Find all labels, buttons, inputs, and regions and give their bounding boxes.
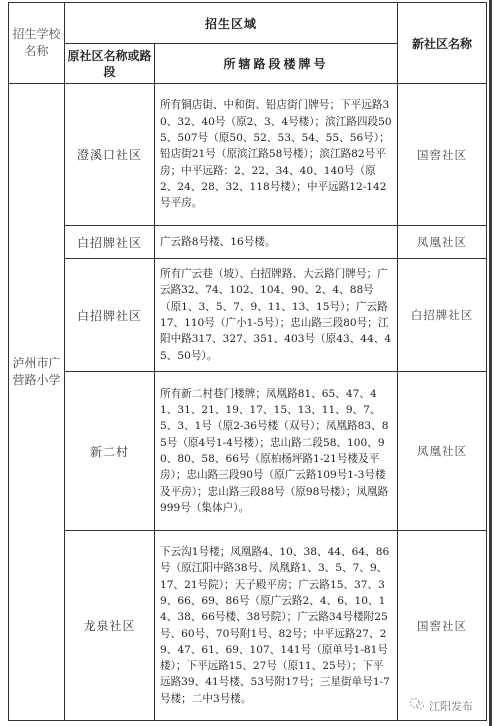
addresses-cell: 所有新二村巷门楼牌；凤凰路81、65、47、41、31、21、19、17、15、… <box>155 372 398 531</box>
header-enrollment-zone: 招生区域 <box>65 3 398 44</box>
header-addresses: 所辖路段楼牌号 <box>155 44 398 84</box>
header-original-community: 原社区名称或路段 <box>65 44 155 84</box>
new-community-cell: 凤凰社区 <box>398 226 487 259</box>
watermark-text: 江阳发布 <box>429 698 473 714</box>
original-community-cell: 澄溪口社区 <box>65 84 155 226</box>
table-row: 新二村 所有新二村巷门楼牌；凤凰路81、65、47、41、31、21、19、17… <box>9 372 487 531</box>
wechat-logo-icon <box>408 697 426 714</box>
header-new-community: 新社区名称 <box>398 3 487 84</box>
new-community-cell: 国窖社区 <box>398 531 487 721</box>
new-community-cell: 凤凰社区 <box>398 372 487 531</box>
table-row: 白招牌社区 广云路8号楼、16号楼。 凤凰社区 <box>9 226 487 259</box>
original-community-cell: 白招牌社区 <box>65 259 155 372</box>
header-school-name: 招生学校名称 <box>9 3 65 84</box>
page-edge-rail <box>489 0 492 726</box>
addresses-cell: 下云沟1号楼；凤凰路4、10、38、44、64、86号（原江阳中路38号、凤凰路… <box>155 531 398 721</box>
new-community-cell: 白招牌社区 <box>398 259 487 372</box>
watermark: 江阳发布 <box>408 697 473 714</box>
table-row: 泸州市广营路小学 澄溪口社区 所有铜店街、中和街、铅店街门牌号；下平远路30、3… <box>9 84 487 226</box>
table-row: 白招牌社区 所有广云巷（坡）、白招牌路、大云路门牌号；广云路32、74、102、… <box>9 259 487 372</box>
school-name: 泸州市广营路小学 <box>13 355 61 389</box>
enrollment-zone-table: 招生学校名称 招生区域 新社区名称 原社区名称或路段 所辖路段楼牌号 泸州市广营… <box>8 2 487 721</box>
addresses-cell: 所有铜店街、中和街、铅店街门牌号；下平远路30、32、40号（原2、3、4号楼）… <box>155 84 398 226</box>
table-row: 龙泉社区 下云沟1号楼；凤凰路4、10、38、44、64、86号（原江阳中路38… <box>9 531 487 721</box>
original-community-cell: 龙泉社区 <box>65 531 155 721</box>
addresses-cell: 所有广云巷（坡）、白招牌路、大云路门牌号；广云路32、74、102、104、90… <box>155 259 398 372</box>
original-community-cell: 白招牌社区 <box>65 226 155 259</box>
original-community-cell: 新二村 <box>65 372 155 531</box>
school-name-cell: 泸州市广营路小学 <box>9 84 65 721</box>
addresses-cell: 广云路8号楼、16号楼。 <box>155 226 398 259</box>
new-community-cell: 国窖社区 <box>398 84 487 226</box>
